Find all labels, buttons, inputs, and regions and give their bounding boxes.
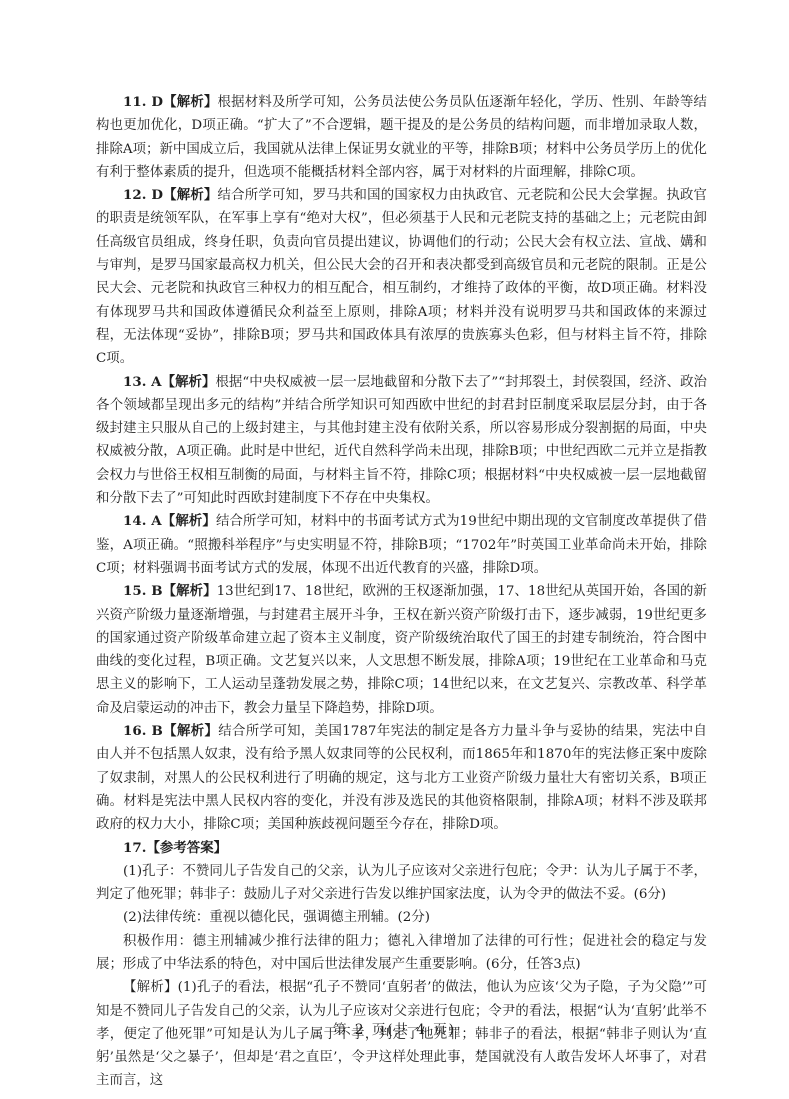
- question-label: 14. A【解析】: [123, 513, 216, 529]
- answer-text: 积极作用：德主刑辅减少推行法律的阻力；德礼入律增加了法律的可行性；促进社会的稳定…: [96, 934, 707, 972]
- answer-q13: 13. A【解析】根据“中央权威被一层一层地截留和分散下去了”“封邦裂土，封侯裂…: [96, 371, 707, 511]
- answer-q14: 14. A【解析】结合所学可知，材料中的书面考试方式为19世纪中期出现的文官制度…: [96, 510, 707, 580]
- question-label: 17.【参考答案】: [123, 840, 227, 856]
- answer-q17-part1: (1)孔子：不赞同儿子告发自己的父亲，认为儿子应该对父亲进行包庇；令尹：认为儿子…: [96, 860, 707, 907]
- question-label: 16. B【解析】: [123, 723, 218, 739]
- question-label: 11. D【解析】: [123, 94, 218, 110]
- answer-text: 13世纪到17、18世纪，欧洲的王权逐渐加强，17、18世纪从英国开始，各国的新…: [96, 584, 707, 715]
- answer-text: 根据“中央权威被一层一层地截留和分散下去了”“封邦裂土，封侯裂国，经济、政治各个…: [96, 375, 707, 506]
- answer-q15: 15. B【解析】13世纪到17、18世纪，欧洲的王权逐渐加强，17、18世纪从…: [96, 580, 707, 720]
- question-label: 12. D【解析】: [123, 187, 218, 203]
- answer-q12: 12. D【解析】结合所学可知，罗马共和国的国家权力由执政官、元老院和公民大会掌…: [96, 184, 707, 370]
- answer-text: (1)孔子：不赞同儿子告发自己的父亲，认为儿子应该对父亲进行包庇；令尹：认为儿子…: [96, 864, 707, 902]
- answer-q17-part2-effects: 积极作用：德主刑辅减少推行法律的阻力；德礼入律增加了法律的可行性；促进社会的稳定…: [96, 930, 707, 977]
- answer-q17-part2: (2)法律传统：重视以德化民，强调德主刑辅。(2分): [96, 906, 707, 929]
- question-label: 15. B【解析】: [123, 583, 217, 599]
- answer-text: 结合所学可知，罗马共和国的国家权力由执政官、元老院和公民大会掌握。执政官的职责是…: [96, 188, 707, 366]
- question-label: 13. A【解析】: [123, 374, 215, 390]
- answer-key-page: 11. D【解析】根据材料及所学可知，公务员法使公务员队伍逐渐年轻化，学历、性别…: [96, 91, 707, 1093]
- answer-q11: 11. D【解析】根据材料及所学可知，公务员法使公务员队伍逐渐年轻化，学历、性别…: [96, 91, 707, 184]
- answer-q17-heading: 17.【参考答案】: [96, 837, 707, 860]
- answer-text: 结合所学可知，美国1787年宪法的制定是各方力量斗争与妥协的结果，宪法中自由人并…: [96, 724, 707, 832]
- answer-text: (2)法律传统：重视以德化民，强调德主刑辅。(2分): [123, 910, 430, 925]
- answer-q16: 16. B【解析】结合所学可知，美国1787年宪法的制定是各方力量斗争与妥协的结…: [96, 720, 707, 836]
- page-number-footer: 第 2 页(共 4 页): [0, 1018, 789, 1038]
